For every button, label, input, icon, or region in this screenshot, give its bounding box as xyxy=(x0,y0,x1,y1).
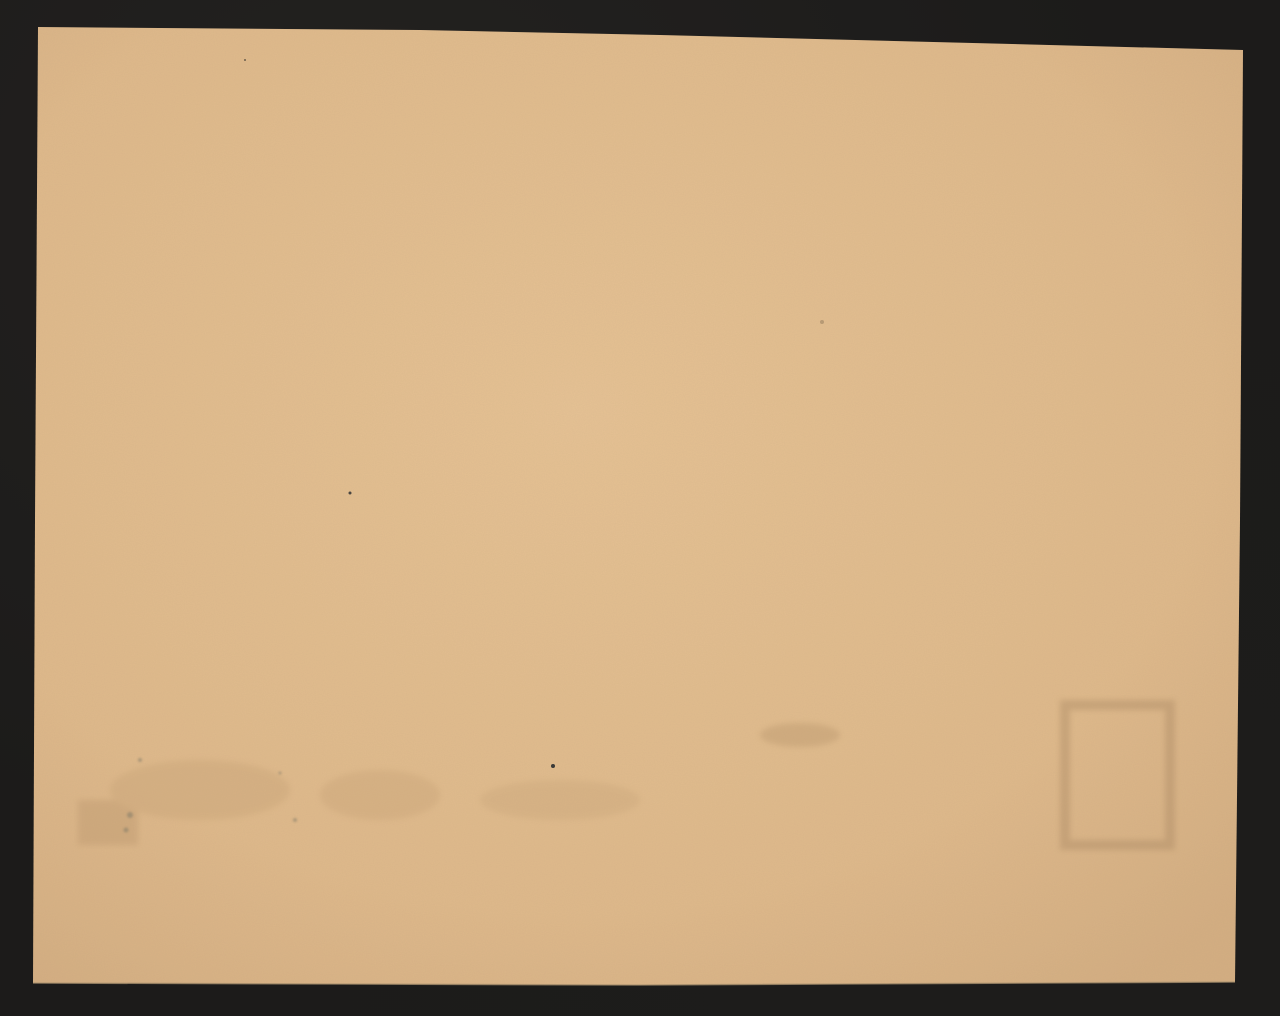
blank-paper-sheet xyxy=(0,0,1280,1016)
